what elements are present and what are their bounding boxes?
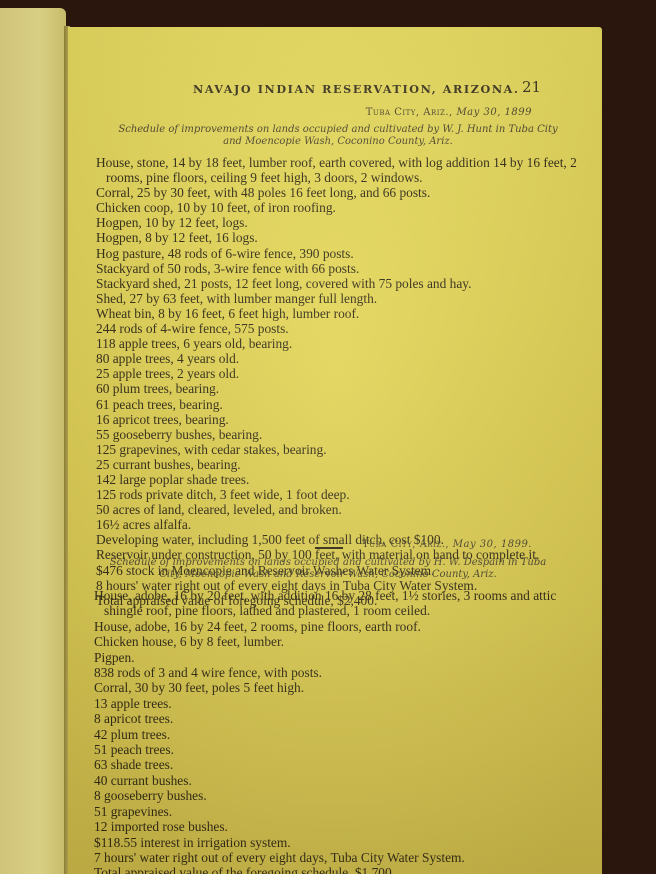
section-2-dateline: Tuba City, Ariz., May 30, 1899.	[362, 539, 532, 550]
list-item: 8 apricot trees.	[94, 711, 594, 726]
list-item: 40 currant bushes.	[94, 773, 594, 788]
dateline-place: Tuba City, Ariz.,	[362, 539, 449, 550]
list-item: House, adobe, 16 by 20 feet, with additi…	[94, 588, 594, 619]
heading-line: Schedule of improvements on lands occupi…	[88, 557, 568, 569]
list-item: 50 acres of land, cleared, leveled, and …	[96, 502, 596, 517]
list-item: Hog pasture, 48 rods of 6-wire fence, 39…	[96, 246, 596, 261]
list-item: Shed, 27 by 63 feet, with lumber manger …	[96, 291, 596, 306]
section-2-item-list: House, adobe, 16 by 20 feet, with additi…	[94, 588, 594, 874]
list-item: 61 peach trees, bearing.	[96, 397, 596, 412]
page-number: 21	[522, 78, 541, 96]
running-title: NAVAJO INDIAN RESERVATION, ARIZONA.	[193, 82, 519, 96]
list-item: 244 rods of 4-wire fence, 575 posts.	[96, 321, 596, 336]
list-item: 51 grapevines.	[94, 804, 594, 819]
list-item: Pigpen.	[94, 650, 594, 665]
list-item: $118.55 interest in irrigation system.	[94, 835, 594, 850]
facing-page-edge	[0, 8, 66, 874]
list-item: 80 apple trees, 4 years old.	[96, 351, 596, 366]
list-item: Hogpen, 8 by 12 feet, 16 logs.	[96, 230, 596, 245]
list-item: Wheat bin, 8 by 16 feet, 6 feet high, lu…	[96, 306, 596, 321]
book-page: NAVAJO INDIAN RESERVATION, ARIZONA. 21 T…	[68, 27, 602, 874]
list-item: 16 apricot trees, bearing.	[96, 412, 596, 427]
dateline-date: May 30, 1899.	[453, 539, 532, 550]
section-2-heading: Schedule of improvements on lands occupi…	[88, 557, 568, 581]
section-1-heading: Schedule of improvements on lands occupi…	[98, 124, 578, 148]
list-item: Corral, 30 by 30 feet, poles 5 feet high…	[94, 680, 594, 695]
list-item: Chicken coop, 10 by 10 feet, of iron roo…	[96, 200, 596, 215]
list-item: 12 imported rose bushes.	[94, 819, 594, 834]
list-item: 16½ acres alfalfa.	[96, 517, 596, 532]
section-1-dateline: Tuba City, Ariz., May 30, 1899	[366, 107, 532, 118]
list-item: 8 gooseberry bushes.	[94, 788, 594, 803]
list-item: 13 apple trees.	[94, 696, 594, 711]
list-item: 7 hours' water right out of every eight …	[94, 850, 594, 865]
list-item: House, stone, 14 by 18 feet, lumber roof…	[96, 155, 596, 185]
heading-line: Schedule of improvements on lands occupi…	[98, 124, 578, 136]
dateline-date: May 30, 1899	[456, 107, 532, 118]
list-item: 125 rods private ditch, 3 feet wide, 1 f…	[96, 487, 596, 502]
list-item: 142 large poplar shade trees.	[96, 472, 596, 487]
list-item: 60 plum trees, bearing.	[96, 381, 596, 396]
list-item: 55 gooseberry bushes, bearing.	[96, 427, 596, 442]
list-item: 63 shade trees.	[94, 757, 594, 772]
list-item: 125 grapevines, with cedar stakes, beari…	[96, 442, 596, 457]
dateline-place: Tuba City, Ariz.,	[366, 107, 453, 118]
list-item: Stackyard of 50 rods, 3-wire fence with …	[96, 261, 596, 276]
list-item: 838 rods of 3 and 4 wire fence, with pos…	[94, 665, 594, 680]
list-item: 118 apple trees, 6 years old, bearing.	[96, 336, 596, 351]
list-item: Chicken house, 6 by 8 feet, lumber.	[94, 634, 594, 649]
list-item: Stackyard shed, 21 posts, 12 feet long, …	[96, 276, 596, 291]
list-item: 25 apple trees, 2 years old.	[96, 366, 596, 381]
section-divider-rule	[315, 547, 343, 549]
heading-line: and Moencopie Wash, Coconino County, Ari…	[98, 136, 578, 148]
list-item: 25 currant bushes, bearing.	[96, 457, 596, 472]
list-item: Hogpen, 10 by 12 feet, logs.	[96, 215, 596, 230]
list-item: House, adobe, 16 by 24 feet, 2 rooms, pi…	[94, 619, 594, 634]
heading-line: City, Moencopie Wash and Reservoir Wash,…	[88, 569, 568, 581]
list-item: Corral, 25 by 30 feet, with 48 poles 16 …	[96, 185, 596, 200]
list-item: 42 plum trees.	[94, 727, 594, 742]
list-item: 51 peach trees.	[94, 742, 594, 757]
total-line: Total appraised value of the foregoing s…	[94, 865, 594, 874]
